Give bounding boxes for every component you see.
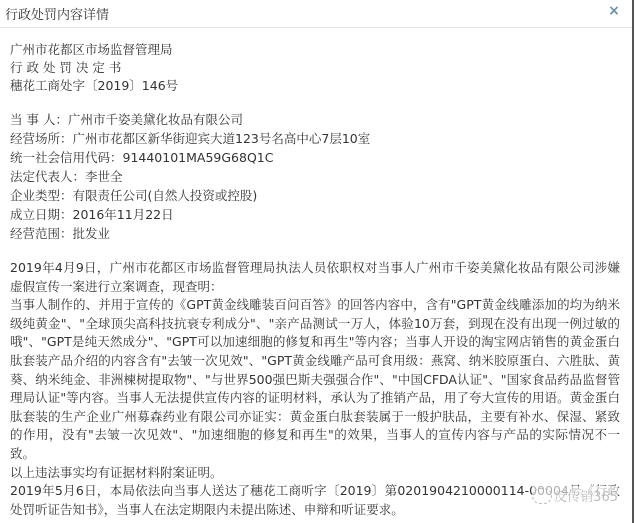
close-icon[interactable]: × <box>606 3 622 19</box>
establish-date: 成立日期：2016年11月22日 <box>10 206 620 225</box>
paragraph-evidence: 以上违法事实均有证据材料附案证明。 <box>10 464 620 483</box>
business-address: 经营场所：广州市花都区新华街迎宾大道123号名高中心7层10室 <box>10 130 620 149</box>
document-number: 穗花工商处字〔2019〕146号 <box>10 77 620 95</box>
paragraph-investigation: 2019年4月9日，广州市花都区市场监督管理局执法人员依职权对当事人广州市千姿美… <box>10 259 620 296</box>
enterprise-type: 企业类型：有限责任公司(自然人投资或控股) <box>10 187 620 206</box>
wechat-icon <box>532 488 552 504</box>
paragraph-notice: 2019年5月6日，本局依法向当事人送达了穗花工商听字〔2019〕第020190… <box>10 482 620 519</box>
party-name: 当 事 人：广州市千姿美黛化妆品有限公司 <box>10 111 620 130</box>
dialog-header: 行政处罚内容详情 × <box>0 0 632 28</box>
credit-code: 统一社会信用代码：91440101MA59G68Q1C <box>10 149 620 168</box>
authority-name: 广州市花都区市场监督管理局 <box>10 41 620 59</box>
business-scope: 经营范围：批发业 <box>10 225 620 244</box>
document-heading: 广州市花都区市场监督管理局 行 政 处 罚 决 定 书 穗花工商处字〔2019〕… <box>10 41 620 95</box>
watermark: 反传销365 <box>532 486 618 505</box>
document-type: 行 政 处 罚 决 定 书 <box>10 59 620 77</box>
paragraph-facts: 当事人制作的、并用于宣传的《GPT黄金线雕装百问百答》的回答内容中，含有"GPT… <box>10 296 620 463</box>
watermark-text: 反传销365 <box>554 486 618 505</box>
party-info: 当 事 人：广州市千姿美黛化妆品有限公司 经营场所：广州市花都区新华街迎宾大道1… <box>10 111 620 244</box>
document-body: 2019年4月9日，广州市花都区市场监督管理局执法人员依职权对当事人广州市千姿美… <box>10 259 620 519</box>
penalty-detail-dialog: 行政处罚内容详情 × 广州市花都区市场监督管理局 行 政 处 罚 决 定 书 穗… <box>0 0 634 523</box>
document-content: 广州市花都区市场监督管理局 行 政 处 罚 决 定 书 穗花工商处字〔2019〕… <box>10 41 620 519</box>
dialog-title: 行政处罚内容详情 <box>5 4 109 23</box>
legal-representative: 法定代表人：李世全 <box>10 168 620 187</box>
